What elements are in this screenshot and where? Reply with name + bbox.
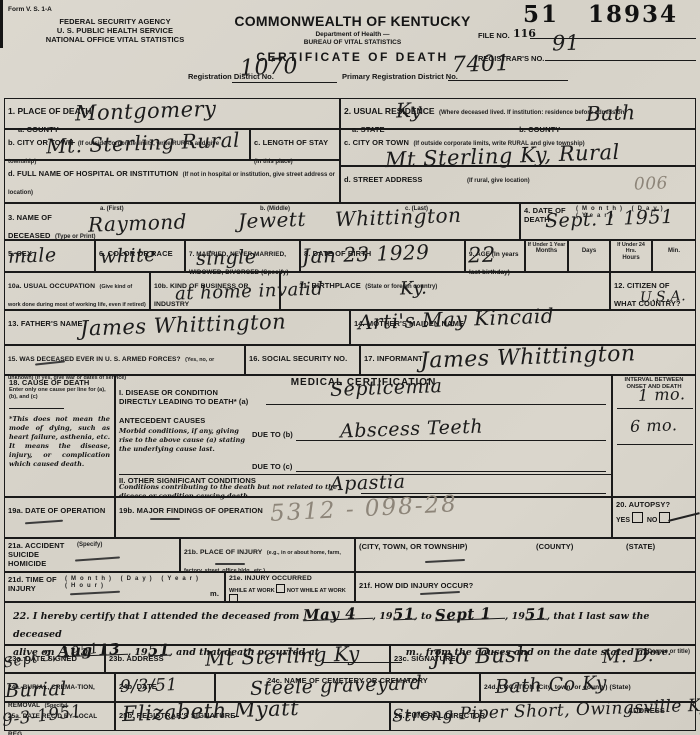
armed-forces-label: 15. WAS DECEASED EVER IN U. S. ARMED FOR… bbox=[8, 356, 181, 363]
other-conditions-value: Apastia bbox=[330, 473, 406, 495]
cell-armed-forces: 15. WAS DECEASED EVER IN U. S. ARMED FOR… bbox=[4, 345, 245, 375]
burial-date-value: 9/3/51 bbox=[120, 677, 178, 696]
autopsy-yes-checkbox bbox=[632, 512, 643, 523]
place-city-value: Mt. Sterling Rural bbox=[46, 130, 241, 157]
form-number: Form V. S. 1-A bbox=[8, 6, 52, 13]
physician-address-label: 23b. ADDRESS bbox=[109, 654, 164, 663]
cause-of-death-note: Enter only one cause per line for (a), (… bbox=[9, 387, 110, 400]
cell-ssn: 16. SOCIAL SECURITY NO. bbox=[245, 345, 360, 375]
autopsy-label: 20. AUTOPSY? bbox=[616, 500, 692, 509]
certify-from-year: 51 bbox=[392, 610, 414, 621]
disease-value: Septicemia bbox=[330, 377, 443, 400]
cell-occupation: 10a. USUAL OCCUPATION (Give kind of work… bbox=[4, 272, 150, 310]
agency-line-1: FEDERAL SECURITY AGENCY bbox=[0, 17, 230, 26]
mother-name-value: Arti's May Kincaid bbox=[358, 306, 555, 333]
cell-cause-of-death-left: 18. CAUSE OF DEATH Enter only one cause … bbox=[4, 375, 115, 497]
hospital-label: d. FULL NAME OF HOSPITAL OR INSTITUTION bbox=[8, 169, 178, 178]
due-to-b-interval-value: 6 mo. bbox=[630, 417, 678, 435]
reg-district-line bbox=[232, 82, 337, 83]
industry-value: at home invalid bbox=[175, 280, 324, 303]
first-name-value: Raymond bbox=[88, 211, 188, 234]
cell-injury-occurred: 21e. INJURY OCCURRED WHILE AT WORK NOT W… bbox=[225, 572, 355, 602]
accident-note: (Specify) bbox=[77, 542, 102, 549]
certify-from-value: May 4 bbox=[303, 609, 373, 621]
cell-length-of-stay: c. LENGTH OF STAY (in this place) bbox=[250, 129, 340, 160]
major-findings-label: 19b. MAJOR FINDINGS OF OPERATION bbox=[119, 506, 263, 515]
agency-block: FEDERAL SECURITY AGENCY U. S. PUBLIC HEA… bbox=[0, 17, 230, 44]
length-of-stay-label: c. LENGTH OF STAY bbox=[254, 138, 328, 147]
certify-p4: , 19 bbox=[505, 611, 525, 622]
middle-name-value: Jewett bbox=[238, 209, 307, 231]
accident-label: 21a. ACCIDENT SUICIDE HOMICIDE bbox=[8, 541, 78, 568]
minutes-label: Min. bbox=[654, 248, 694, 255]
dept-line: Department of Health — bbox=[225, 31, 480, 38]
registrar-no-value: 91 bbox=[552, 33, 580, 55]
cause-of-death-label: 18. CAUSE OF DEATH bbox=[9, 378, 110, 387]
marital-value: single bbox=[196, 248, 257, 269]
commonwealth-title: COMMONWEALTH OF KENTUCKY bbox=[225, 13, 480, 29]
disease-line bbox=[266, 404, 606, 405]
interval-line-a bbox=[617, 408, 693, 409]
due-to-c-label: DUE TO (c) bbox=[252, 462, 292, 471]
cell-hospital-name: d. FULL NAME OF HOSPITAL OR INSTITUTION … bbox=[4, 160, 340, 203]
place-county-value: Montgomery bbox=[75, 99, 217, 125]
cause-footnote: *This does not mean the mode of dying, s… bbox=[9, 415, 110, 468]
cause-divider bbox=[9, 408, 64, 409]
reg-district-value: 1070 bbox=[240, 56, 299, 80]
date-of-birth-value: Jan 23 1929 bbox=[302, 242, 430, 266]
stamp-number-left: 51 bbox=[523, 1, 559, 28]
disease-label-line2: DIRECTLY LEADING TO DEATH* (a) bbox=[119, 397, 248, 406]
signature-value: Jno Bush bbox=[432, 644, 531, 668]
certify-p3: , to bbox=[414, 611, 431, 622]
autopsy-yes-label: YES bbox=[616, 517, 630, 524]
time-of-injury-m: m. bbox=[210, 589, 219, 598]
registrar-no-line bbox=[545, 60, 696, 61]
place-of-injury-label: 21b. PLACE OF INJURY bbox=[184, 549, 262, 556]
time-of-injury-cols: (Month) (Day) (Year) (Hour) bbox=[65, 576, 224, 590]
residence-city-label: c. CITY OR TOWN bbox=[344, 138, 409, 147]
primary-district-label: Primary Registration District No. bbox=[342, 72, 458, 81]
injury-county-label: (COUNTY) bbox=[536, 542, 573, 551]
primary-district-value: 7401 bbox=[452, 53, 511, 77]
cell-birthplace: 11. BIRTHPLACE (State or foreign country… bbox=[280, 272, 610, 310]
due-to-b-label: DUE TO (b) bbox=[252, 430, 293, 439]
race-value: white bbox=[100, 246, 157, 267]
certify-to-value: Sept 1 bbox=[435, 609, 505, 621]
citizen-value: U.S.A. bbox=[640, 289, 687, 305]
file-no-label: FILE NO. bbox=[478, 31, 510, 40]
cell-age-hours: If Under 24 Hrs. Hours bbox=[610, 240, 652, 272]
cell-place-of-injury: 21b. PLACE OF INJURY (e.g., in or about … bbox=[180, 538, 355, 572]
disease-label-line1: I. DISEASE OR CONDITION bbox=[119, 388, 248, 397]
autopsy-no-label: NO bbox=[647, 517, 658, 524]
findings-blank-mark bbox=[150, 518, 180, 520]
morbid-note: Morbid conditions, if any, giving rise t… bbox=[119, 427, 247, 454]
certify-p1: 22. I hereby certify that I attended the… bbox=[13, 611, 299, 622]
antecedent-label: ANTECEDENT CAUSES bbox=[119, 416, 205, 425]
cell-time-of-injury: 21d. TIME OF INJURY (Month) (Day) (Year)… bbox=[4, 572, 225, 602]
certify-p2: , 19 bbox=[373, 611, 393, 622]
days-label: Days bbox=[570, 248, 608, 255]
agency-line-2: U. S. PUBLIC HEALTH SERVICE bbox=[0, 26, 230, 35]
cell-age-months: If Under 1 Year Months bbox=[525, 240, 568, 272]
informant-label: 17. INFORMANT bbox=[364, 354, 423, 363]
agency-line-3: NATIONAL OFFICE VITAL STATISTICS bbox=[0, 35, 230, 44]
injury-state-label: (STATE) bbox=[626, 542, 655, 551]
sex-value: male bbox=[8, 246, 57, 267]
signature-degree-value: M. D. bbox=[602, 647, 654, 667]
hours-label: Hours bbox=[612, 255, 650, 262]
father-name-label: 13. FATHER'S NAME bbox=[8, 319, 83, 328]
burial-value: Burial bbox=[5, 680, 67, 701]
date-of-death-value: Sept. 1 1951 bbox=[545, 208, 674, 231]
injury-place-blank-mark bbox=[215, 563, 245, 565]
cell-accident-suicide: 21a. ACCIDENT SUICIDE HOMICIDE (Specify) bbox=[4, 538, 180, 572]
while-at-work-checkbox bbox=[276, 584, 285, 593]
ssn-label: 16. SOCIAL SECURITY NO. bbox=[249, 354, 347, 363]
residence-state-value: Ky bbox=[396, 100, 423, 121]
cell-usual-residence: 2. USUAL RESIDENCE (Where deceased lived… bbox=[340, 98, 696, 129]
street-address-note: (If rural, give location) bbox=[467, 178, 530, 184]
primary-district-line bbox=[448, 80, 568, 81]
time-of-injury-label: 21d. TIME OF INJURY bbox=[8, 575, 63, 593]
cell-date-of-operation: 19a. DATE OF OPERATION bbox=[4, 497, 115, 538]
birthplace-value: Ky. bbox=[400, 280, 428, 299]
physician-address-value: Mt Sterling Ky bbox=[205, 643, 360, 668]
cell-age-days: Days bbox=[568, 240, 610, 272]
under-24-hrs-label: If Under 24 Hrs. bbox=[612, 242, 650, 255]
interval-line-b bbox=[617, 444, 693, 445]
months-label: Months bbox=[527, 248, 566, 255]
stamp-number-right: 18934 bbox=[588, 1, 678, 28]
age-value: 22 bbox=[468, 245, 496, 267]
date-of-operation-label: 19a. DATE OF OPERATION bbox=[8, 506, 105, 515]
cell-how-injury-occurred: 21f. HOW DID INJURY OCCUR? bbox=[355, 572, 696, 602]
due-to-b-value: Abscess Teeth bbox=[340, 418, 484, 442]
cell-age-minutes: Min. bbox=[652, 240, 696, 272]
not-while-at-work-label: NOT WHILE AT WORK bbox=[287, 588, 346, 594]
injury-occurred-label: 21e. INJURY OCCURRED bbox=[229, 575, 351, 583]
death-certificate: Form V. S. 1-A FEDERAL SECURITY AGENCY U… bbox=[0, 0, 700, 735]
certify-to-year: 51 bbox=[525, 610, 547, 621]
last-name-value: Whittington bbox=[335, 205, 462, 229]
bureau-line: BUREAU OF VITAL STATISTICS bbox=[225, 39, 480, 46]
how-injury-label: 21f. HOW DID INJURY OCCUR? bbox=[359, 581, 473, 590]
burial-location-value: Bath Co Ky bbox=[495, 674, 608, 697]
cell-certify-statement: 22. I hereby certify that I attended the… bbox=[4, 602, 696, 645]
cell-injury-location: (CITY, TOWN, OR TOWNSHIP) (COUNTY) (STAT… bbox=[355, 538, 696, 572]
occupation-label: 10a. USUAL OCCUPATION bbox=[8, 283, 95, 290]
injury-city-label: (CITY, TOWN, OR TOWNSHIP) bbox=[359, 542, 467, 551]
disease-interval-value: 1 mo. bbox=[638, 386, 686, 404]
street-address-value: 006 bbox=[634, 175, 669, 193]
residence-county-value: Bath bbox=[586, 102, 636, 124]
name-title: 3. NAME OF DECEASED bbox=[8, 213, 52, 240]
street-address-label: d. STREET ADDRESS bbox=[344, 175, 423, 184]
